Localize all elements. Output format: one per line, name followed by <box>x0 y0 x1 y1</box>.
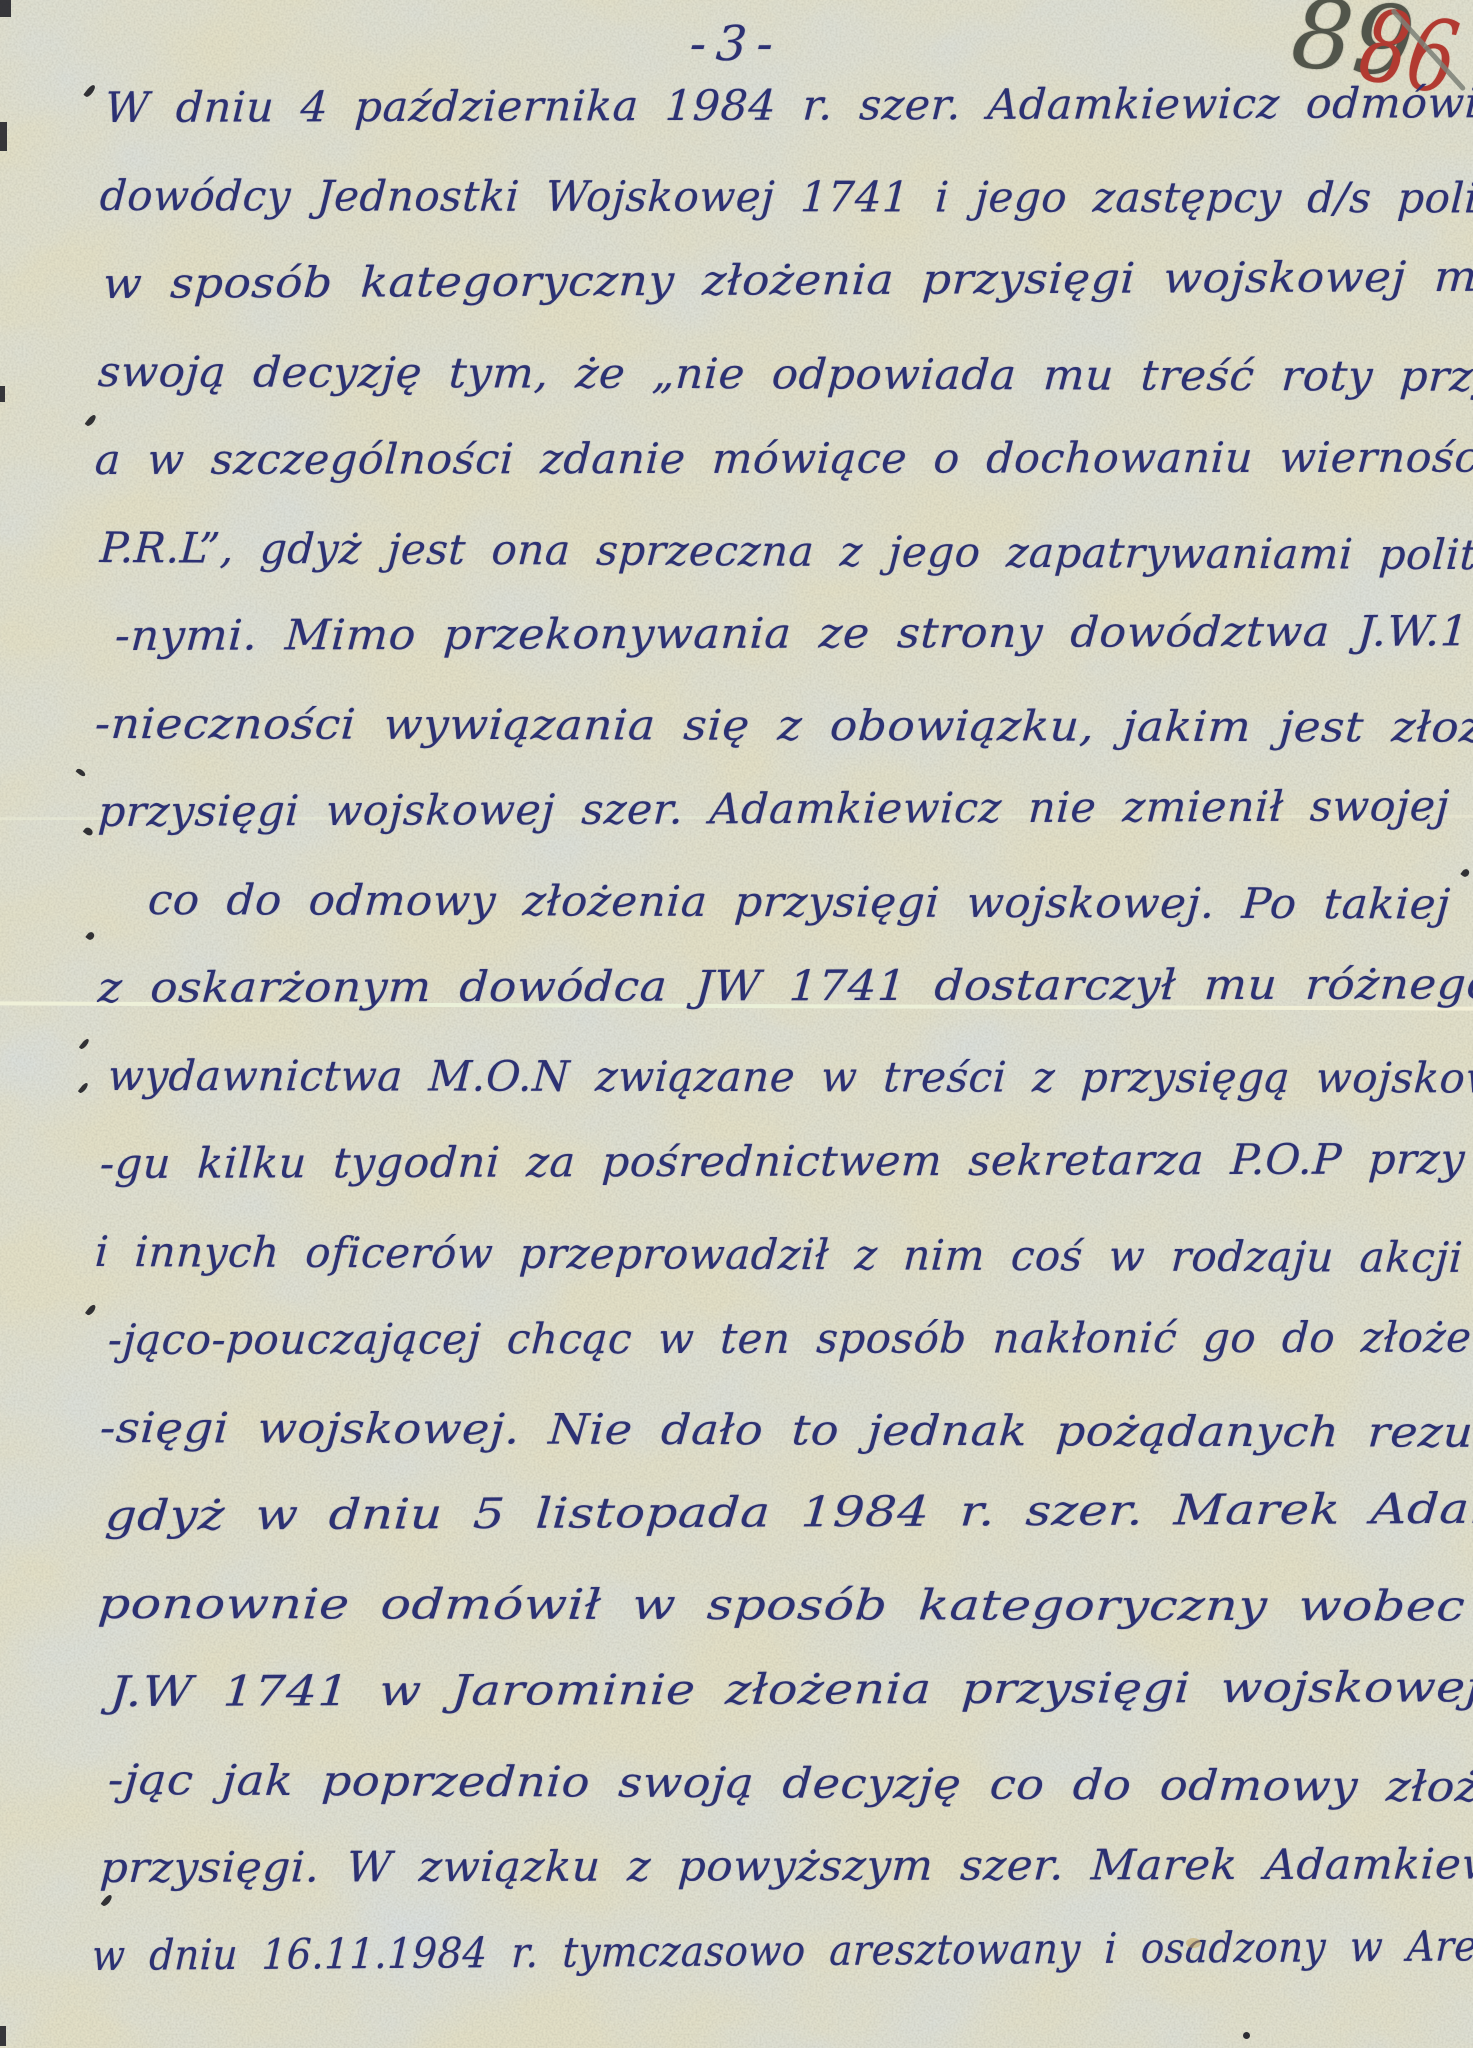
manuscript-line: i innych oficerów przeprowadził z nim co… <box>94 1226 1473 1285</box>
ink-dot <box>1243 2032 1250 2039</box>
manuscript-line: ponownie odmówił w sposób kategoryczny w… <box>96 1578 1473 1633</box>
manuscript-line: w sposób kategoryczny złożenia przysięgi… <box>102 250 1473 310</box>
manuscript-line: -sięgi wojskowej. Nie dało to jednak poż… <box>98 1402 1473 1459</box>
manuscript-line: -jąco-pouczającej chcąc w ten sposób nak… <box>107 1311 1473 1366</box>
scan-edge-artifact <box>0 122 7 151</box>
scanned-document-page: -3- 89 86 W dniu 4 października 1984 r. … <box>0 0 1473 2048</box>
manuscript-line: -nieczności wywiązania się z obowiązku, … <box>93 698 1473 754</box>
manuscript-line: a w szczególności zdanie mówiące o docho… <box>94 431 1473 486</box>
manuscript-line: w dniu 16.11.1984 r. tymczasowo aresztow… <box>91 1917 1473 1982</box>
manuscript-line: J.W 1741 w Jarominie złożenia przysięgi … <box>109 1660 1473 1718</box>
manuscript-line: -gu kilku tygodni za pośrednictwem sekre… <box>99 1132 1473 1190</box>
manuscript-line: przysięgi wojskowej szer. Adamkiewicz ni… <box>97 779 1473 838</box>
scan-edge-artifact <box>0 386 5 402</box>
manuscript-line: gdyż w dniu 5 listopada 1984 r. szer. Ma… <box>104 1482 1473 1542</box>
manuscript-line: -nymi. Mimo przekonywania ze strony dowó… <box>114 604 1473 662</box>
paper-stain <box>1186 1938 1201 1948</box>
scan-edge-artifact <box>0 0 11 17</box>
manuscript-line: swoją decyzję tym, że „nie odpowiada mu … <box>96 346 1473 403</box>
manuscript-line: W dniu 4 października 1984 r. szer. Adam… <box>104 77 1473 134</box>
manuscript-line: przysięgi. W związku z powyższym szer. M… <box>99 1838 1473 1894</box>
manuscript-line: dowódcy Jednostki Wojskowej 1741 i jego … <box>99 170 1473 225</box>
manuscript-line: wydawnictwa M.O.N związane w treści z pr… <box>107 1050 1473 1105</box>
manuscript-line: z oskarżonym dowódca JW 1741 dostarczył … <box>97 958 1473 1014</box>
scan-edge-artifact <box>0 2026 6 2046</box>
handwritten-text-block: W dniu 4 października 1984 r. szer. Adam… <box>0 0 1473 2048</box>
manuscript-line: -jąc jak poprzednio swoją decyzję co do … <box>106 1754 1473 1814</box>
manuscript-line: co do odmowy złożenia przysięgi wojskowe… <box>146 874 1473 931</box>
manuscript-line: P.R.L”, gdyż jest ona sprzeczna z jego z… <box>99 522 1473 582</box>
